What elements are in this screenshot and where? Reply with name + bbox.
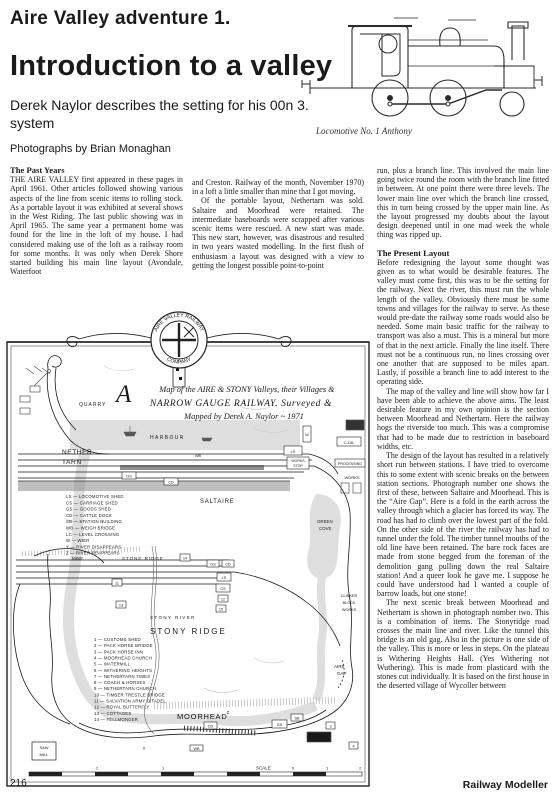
paragraph: THE AIRE VALLEY first appeared in these … xyxy=(10,175,183,276)
box-sb: SB xyxy=(294,717,300,721)
paragraph: The design of the layout has resulted in… xyxy=(377,451,549,598)
legend-line: 14 — FELLMONGER xyxy=(94,717,138,722)
legend-line: 9 — NETHERTARN CHURCH xyxy=(94,686,156,691)
box-ls-2: LS xyxy=(222,576,227,580)
label-works-stop-2: STOP xyxy=(293,464,303,468)
legend-line: GS — GOODS SHED xyxy=(66,507,111,512)
label-processing: PROCESSING xyxy=(338,462,362,466)
label-saw: SAW xyxy=(40,745,49,750)
label-moorhead: MOORHEAD xyxy=(177,712,228,721)
map-title-line3: Mapped by Derek A. Naylor ~ 1971 xyxy=(183,412,304,421)
label-aire-gap-1: AIRE xyxy=(334,664,345,669)
scale-tick: 1 xyxy=(162,766,165,771)
legend-line: 12 — ROYAL BUTTERFLY xyxy=(94,705,150,710)
legend-line: 10 — TIMBER TRESTLE BRIDGE xyxy=(94,692,165,697)
locomotive-caption: Locomotive No. 1 Anthony xyxy=(316,126,412,136)
label-mine: MINE xyxy=(72,556,83,561)
label-nethertarn-2: TARN xyxy=(62,459,82,466)
box-cs: CS xyxy=(220,587,226,591)
page-number: 216 xyxy=(10,778,27,789)
legend-line: 8 — COACH & HORSES xyxy=(94,680,146,685)
valley-map: AIRE VALLEY RAILWAY COMPANY A Map of the… xyxy=(4,308,372,790)
label-quarry: QUARRY xyxy=(79,402,106,408)
box-15: 15 xyxy=(219,608,223,612)
legend-line: Y — RIVER DISAPPEARS xyxy=(66,544,121,549)
label-clinker-1: CLINKER xyxy=(341,594,358,598)
scale-label: SCALE xyxy=(256,766,271,771)
marker-w: W xyxy=(305,433,309,437)
legend-line: 2 — PACK HORSE BRIDGE xyxy=(94,643,153,648)
saw-mill: SAW MILL xyxy=(32,742,56,760)
photo-credit: Photographs by Brian Monaghan xyxy=(10,143,171,155)
map-title-line2: NARROW GAUGE RAILWAY. Surveyed & xyxy=(149,398,332,409)
byline: Derek Naylor describes the setting for h… xyxy=(10,96,340,132)
paragraph: The map of the valley and line will show… xyxy=(377,387,549,451)
box-wb-2: WB xyxy=(193,747,200,751)
paragraph: Before redesigning the layout some thoug… xyxy=(377,258,549,387)
marker-y: Y xyxy=(142,746,145,751)
legend-line: 4 — MOORHEAD CHURCH xyxy=(94,655,152,660)
label-clinker-2: BLOCK xyxy=(343,601,356,605)
legend-line: 6 — WITHERING HEIGHTS xyxy=(94,668,152,673)
scale-bar: SCALE 2 1 0 1 2 xyxy=(29,766,362,777)
label-c-oil: C-OIL xyxy=(344,440,355,445)
marker-z: Z xyxy=(227,710,230,715)
label-stony-river: STONY RIVER xyxy=(150,615,196,620)
paragraph: run, plus a branch line. This involved t… xyxy=(377,166,549,240)
legend-abbreviations: LS — LOCOMOTIVE SHED CS — CARRIAGE SHED … xyxy=(66,494,124,556)
section-heading-past-years: The Past Years xyxy=(10,166,183,175)
legend-line: LS — LOCOMOTIVE SHED xyxy=(66,494,124,499)
label-harbour: HARBOUR xyxy=(150,435,185,441)
legend-line: CD — CATTLE DOCK xyxy=(66,513,112,518)
box-14: 14 xyxy=(183,557,187,561)
legend-line: 5 — WATERMILL xyxy=(94,662,131,667)
scale-tick: 2 xyxy=(96,766,99,771)
page-title: Introduction to a valley xyxy=(10,50,332,83)
box-cd-2: CD xyxy=(225,563,231,567)
scale-tick: 1 xyxy=(326,766,329,771)
legend-line: 7 — NETHERTARN TIMES xyxy=(94,674,150,679)
locomotive-drawing xyxy=(298,10,546,122)
map-title-line1: Map of the AIRE & STONY Valleys, their V… xyxy=(158,385,335,394)
box-11: 11 xyxy=(115,582,119,586)
railway-company-emblem: AIRE VALLEY RAILWAY COMPANY xyxy=(67,312,291,387)
label-aire-gap-2: GAP xyxy=(337,671,347,676)
label-stone-ridge: STONE RIDGE xyxy=(122,556,164,561)
paragraph: Of the portable layout, Nethertarn was s… xyxy=(192,196,364,270)
legend-line: W — WIER xyxy=(66,538,90,543)
paragraph: and Creston. Railway of the month, Novem… xyxy=(192,178,364,196)
label-works-stop-1: WORKS xyxy=(291,459,305,463)
label-stony-ridge: STONY RIDGE xyxy=(150,627,227,636)
legend-line: SB — STATION BUILDING xyxy=(66,519,123,524)
box-gs: GS xyxy=(126,475,132,479)
article-kicker: Aire Valley adventure 1. xyxy=(10,8,231,30)
article-column-2: and Creston. Railway of the month, Novem… xyxy=(192,178,364,270)
section-heading-present-layout: The Present Layout xyxy=(377,249,549,258)
article-column-1: The Past Years THE AIRE VALLEY first app… xyxy=(10,166,183,276)
legend-line: 11 — SALVATION ARMY CITADEL xyxy=(94,699,166,704)
legend-line: 3 — PACK HORSE INN xyxy=(94,649,143,654)
article-column-3: run, plus a branch line. This involved t… xyxy=(377,166,549,690)
scale-tick: 0 xyxy=(292,766,295,771)
trestle-bridge xyxy=(184,728,256,733)
magazine-name: Railway Modeller xyxy=(380,779,548,791)
box-12: 12 xyxy=(221,598,225,602)
legend-line: WB — WEIGH BRIDGE xyxy=(66,526,115,531)
box-gs-3: GS xyxy=(277,723,283,727)
legend-line: 1 — CUSTOMS SHED xyxy=(94,637,141,642)
legend-line: 13 — COTTAGES xyxy=(94,711,131,716)
label-nethertarn-1: NETHER- xyxy=(62,449,95,456)
map-title-initial: A xyxy=(114,381,132,408)
label-green-cove-1: GREEN xyxy=(317,519,333,524)
label-mill: MILL xyxy=(40,752,50,757)
box-gs-2: GS xyxy=(210,563,216,567)
label-saltaire: SALTAIRE xyxy=(200,499,235,505)
box-cd-3: CD xyxy=(208,725,214,729)
legend-line: Z — RIVER REAPPEARS xyxy=(66,551,120,556)
label-works: WORKS xyxy=(344,475,359,480)
box-3: 3 xyxy=(329,725,331,729)
box-cd: CD xyxy=(168,481,174,485)
box-ls: LS xyxy=(291,450,296,454)
legend-line: CS — CARRIAGE SHED xyxy=(66,500,118,505)
paragraph: The next scenic break between Moorhead a… xyxy=(377,598,549,690)
map-title: A Map of the AIRE & STONY Valleys, their… xyxy=(114,381,335,421)
box-13: 13 xyxy=(119,604,123,608)
box-4: 4 xyxy=(352,745,354,749)
legend-line: LC — LEVEL CROSSING xyxy=(66,532,120,537)
label-green-cove-2: COVE xyxy=(319,526,332,531)
box-wb: WB xyxy=(195,454,202,458)
label-clinker-3: WORKS xyxy=(342,608,357,612)
scale-tick: 2 xyxy=(359,766,362,771)
